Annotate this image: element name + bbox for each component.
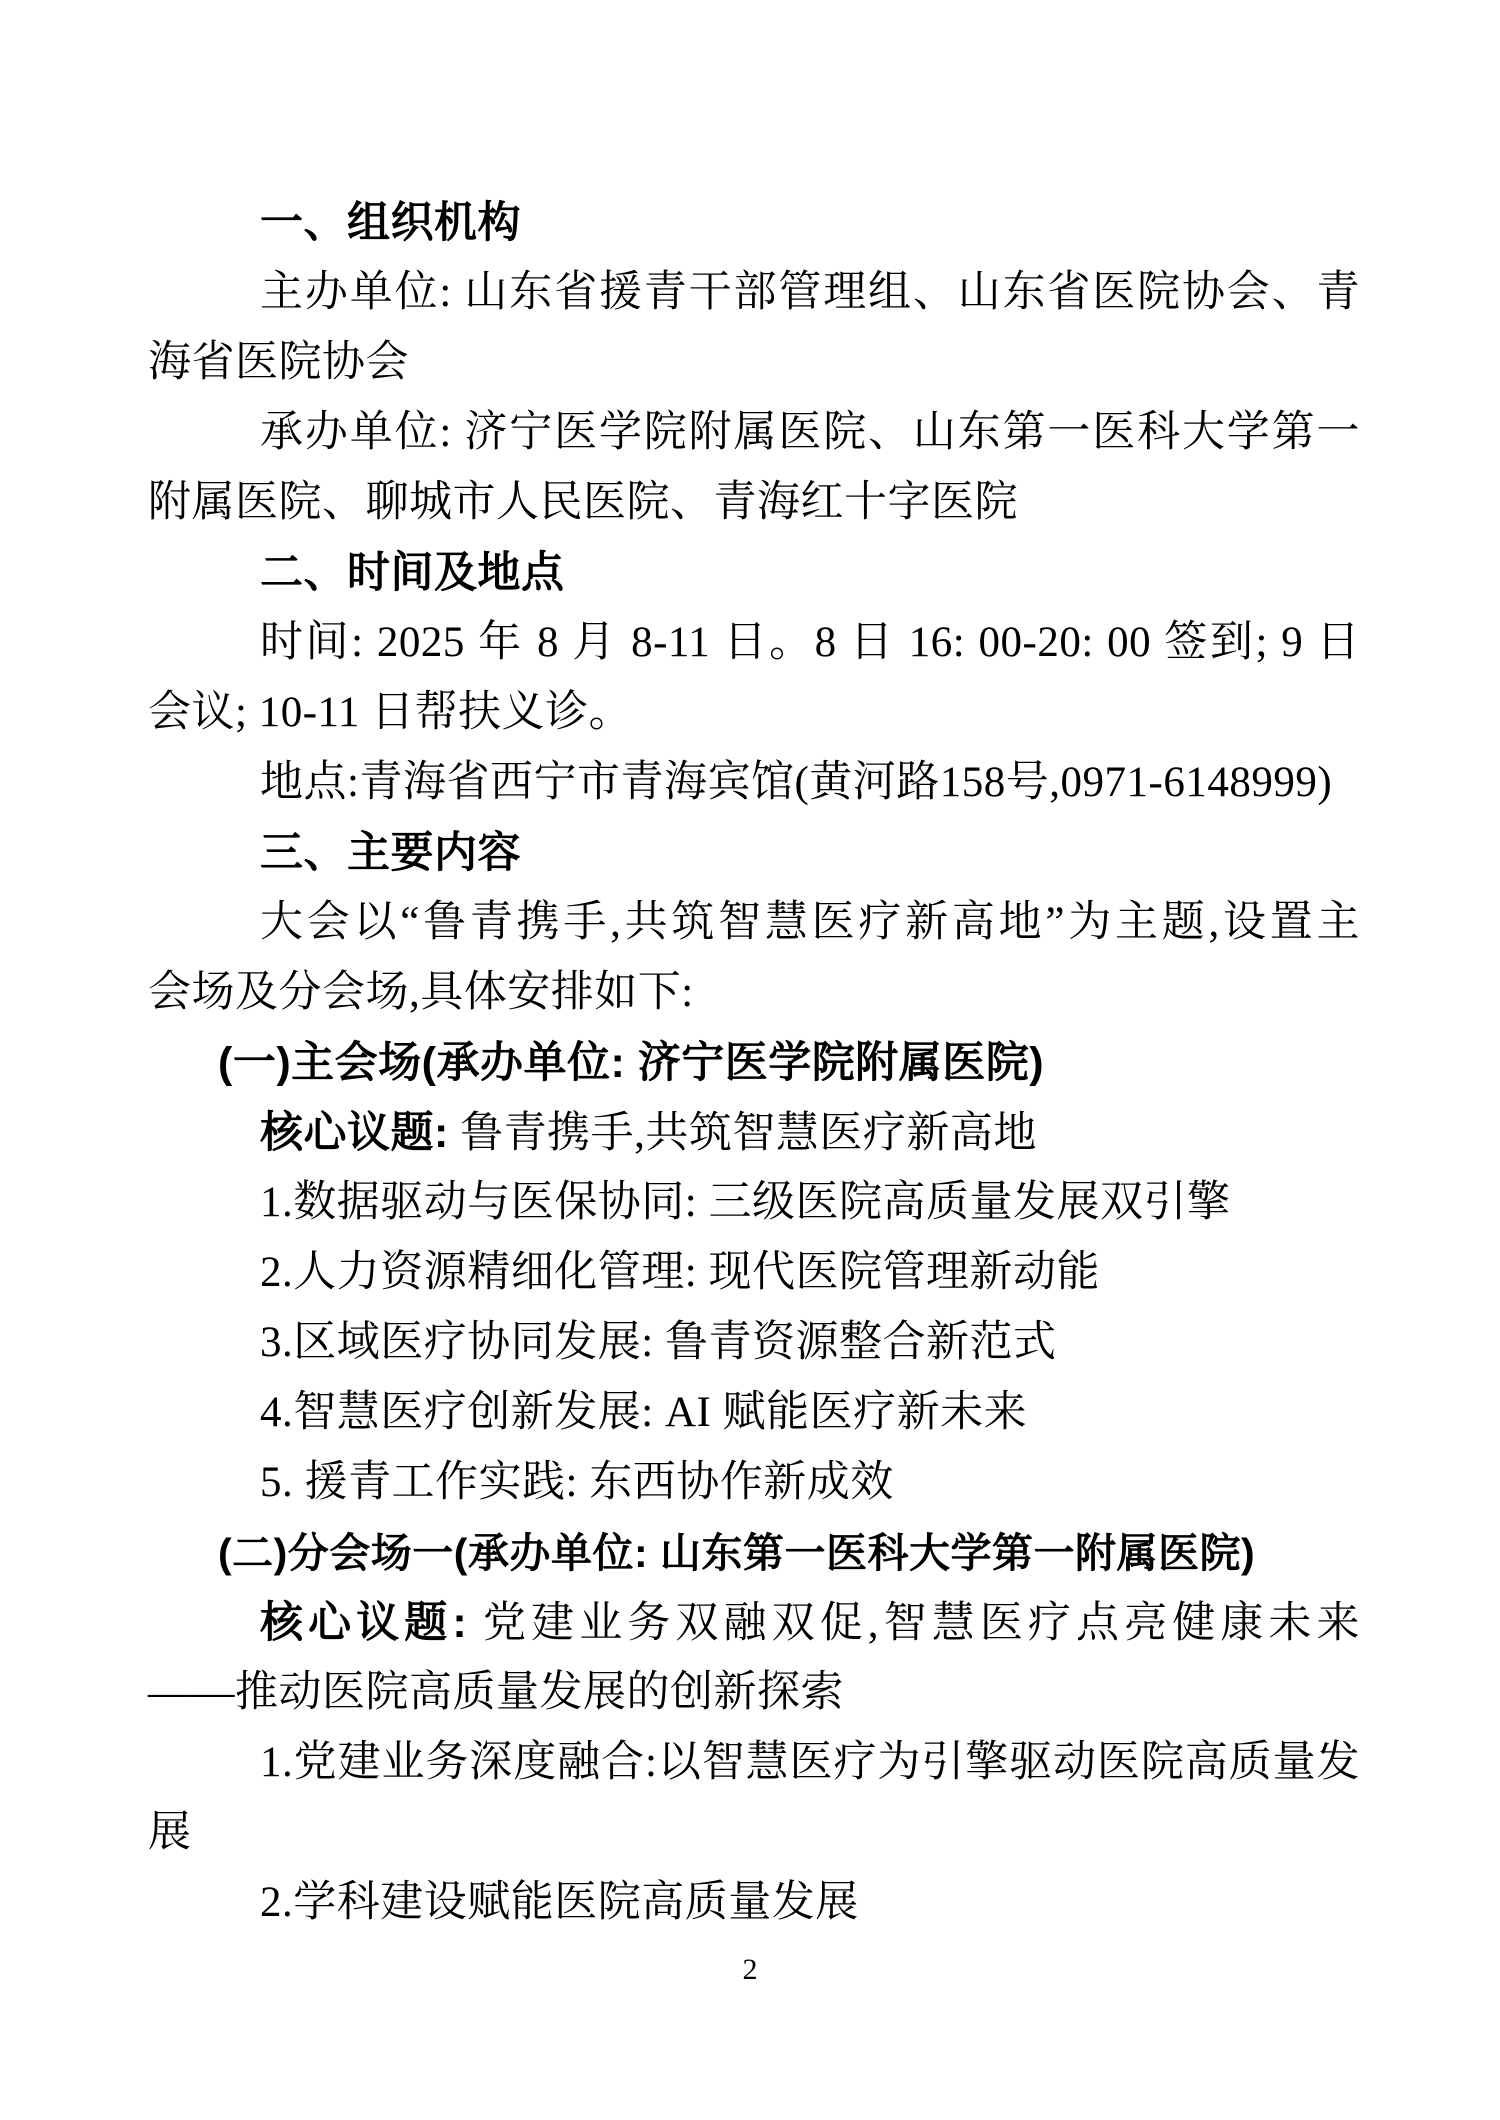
agenda-item: 3.区域医疗协同发展: 鲁青资源整合新范式 <box>148 1308 1360 1378</box>
agenda-item: 2.人力资源精细化管理: 现代医院管理新动能 <box>148 1238 1360 1308</box>
topic-label: 核心议题: <box>260 1109 449 1157</box>
sub-venue1-item2: 2.学科建设赋能医院高质量发展 <box>148 1868 1360 1938</box>
agenda-item: 5. 援青工作实践: 东西协作新成效 <box>148 1448 1360 1518</box>
host-units-line-2: 海省医院协会 <box>148 328 1360 398</box>
document-page: 一、组织机构 主办单位: 山东省援青干部管理组、山东省医院协会、青 海省医院协会… <box>0 0 1500 2120</box>
document-body: 一、组织机构 主办单位: 山东省援青干部管理组、山东省医院协会、青 海省医院协会… <box>148 188 1360 1938</box>
time-line-1: 时间: 2025 年 8 月 8-11 日。8 日 16: 00-20: 00 … <box>148 608 1360 678</box>
section-heading-time-place: 二、时间及地点 <box>148 538 1360 608</box>
organizer-units-line-1: 承办单位: 济宁医学院附属医院、山东第一医科大学第一 <box>148 398 1360 468</box>
sub-venue1-topic-line-1: 核心议题: 党建业务双融双促,智慧医疗点亮健康未来 <box>148 1588 1360 1658</box>
intro-line-1: 大会以“鲁青携手,共筑智慧医疗新高地”为主题,设置主 <box>148 888 1360 958</box>
topic-text: 党建业务双融双促,智慧医疗点亮健康未来 <box>467 1600 1360 1647</box>
agenda-item: 1.数据驱动与医保协同: 三级医院高质量发展双引擎 <box>148 1168 1360 1238</box>
organizer-units-line-2: 附属医院、聊城市人民医院、青海红十字医院 <box>148 468 1360 538</box>
host-units-line-1: 主办单位: 山东省援青干部管理组、山东省医院协会、青 <box>148 258 1360 328</box>
sub-venue1-item1-line-2: 展 <box>148 1798 1360 1868</box>
topic-label: 核心议题: <box>260 1599 467 1647</box>
topic-text: 鲁青携手,共筑智慧医疗新高地 <box>449 1110 1037 1157</box>
sub-venue1-heading: (二)分会场一(承办单位: 山东第一医科大学第一附属医院) <box>148 1518 1360 1588</box>
time-line-2: 会议; 10-11 日帮扶义诊。 <box>148 678 1360 748</box>
page-number: 2 <box>0 1950 1500 1990</box>
agenda-item: 4.智慧医疗创新发展: AI 赋能医疗新未来 <box>148 1378 1360 1448</box>
main-venue-heading: (一)主会场(承办单位: 济宁医学院附属医院) <box>148 1028 1360 1098</box>
section-heading-main-content: 三、主要内容 <box>148 818 1360 888</box>
section-heading-organization: 一、组织机构 <box>148 188 1360 258</box>
sub-venue1-item1-line-1: 1.党建业务深度融合:以智慧医疗为引擎驱动医院高质量发 <box>148 1728 1360 1798</box>
sub-venue1-topic-line-2: ——推动医院高质量发展的创新探索 <box>148 1658 1360 1728</box>
main-venue-topic-line: 核心议题: 鲁青携手,共筑智慧医疗新高地 <box>148 1098 1360 1168</box>
location-line: 地点:青海省西宁市青海宾馆(黄河路158号,0971-6148999) <box>148 748 1360 818</box>
intro-line-2: 会场及分会场,具体安排如下: <box>148 958 1360 1028</box>
